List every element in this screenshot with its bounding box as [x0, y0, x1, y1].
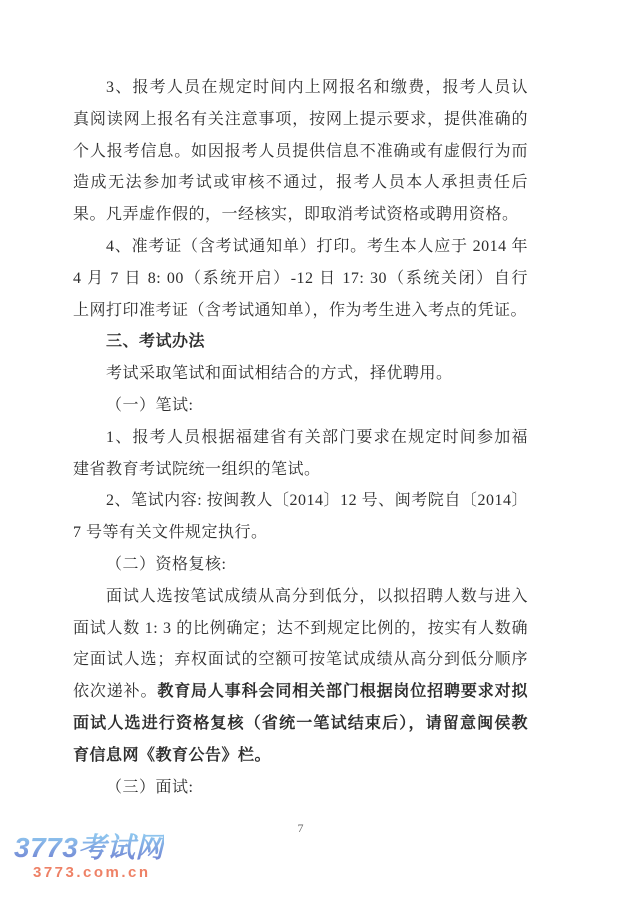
text-run: （三）面试:: [106, 779, 193, 796]
text-run: 面试人数 1: 3 的比例确定；达不到规定比例的，按实有人数确: [73, 620, 528, 637]
text-line: （三）面试:: [73, 772, 528, 804]
text-run: 上网打印准考证（含考试通知单），作为考生进入考点的凭证。: [73, 302, 527, 319]
text-line: 4 月 7 日 8: 00（系统开启）-12 日 17: 30（系统关闭）自行: [73, 263, 528, 295]
text-line: （一）笔试:: [73, 390, 528, 422]
text-run: 7 号等有关文件规定执行。: [73, 524, 268, 541]
watermark-url: 3773.com.cn: [33, 864, 164, 881]
text-run-bold: 育信息网《教育公告》栏。: [73, 747, 271, 764]
text-line: 面试人数 1: 3 的比例确定；达不到规定比例的，按实有人数确: [73, 613, 528, 645]
text-run: 造成无法参加考试或审核不通过，报考人员本人承担责任后: [73, 174, 528, 191]
document-body: 3、报考人员在规定时间内上网报名和缴费，报考人员认真阅读网上报名有关注意事项，按…: [73, 72, 528, 803]
text-run: 定面试人选；弃权面试的空额可按笔试成绩从高分到低分顺序: [73, 651, 528, 668]
text-run: （二）资格复核:: [106, 556, 226, 573]
text-run-bold: 三、考试办法: [106, 333, 205, 350]
text-line: 4、准考证（含考试通知单）打印。考生本人应于 2014 年: [73, 231, 528, 263]
text-run: 依次递补。: [73, 683, 157, 700]
text-line: 3、报考人员在规定时间内上网报名和缴费，报考人员认: [73, 72, 528, 104]
text-run-bold: 教育局人事科会同相关部门根据岗位招聘要求对拟: [157, 683, 528, 700]
text-line: 定面试人选；弃权面试的空额可按笔试成绩从高分到低分顺序: [73, 644, 528, 676]
text-run: 4 月 7 日 8: 00（系统开启）-12 日 17: 30（系统关闭）自行: [73, 270, 528, 287]
text-run: 4、准考证（含考试通知单）打印。考生本人应于 2014 年: [106, 238, 528, 255]
document-page: 3、报考人员在规定时间内上网报名和缴费，报考人员认真阅读网上报名有关注意事项，按…: [0, 0, 636, 900]
text-line: 依次递补。教育局人事科会同相关部门根据岗位招聘要求对拟: [73, 676, 528, 708]
text-run: 个人报考信息。如因报考人员提供信息不准确或有虚假行为而: [73, 143, 528, 160]
text-run: 果。凡弄虚作假的，一经核实，即取消考试资格或聘用资格。: [73, 206, 519, 223]
watermark-brand-logo: 3773考试网: [14, 833, 164, 863]
text-run: 面试人选按笔试成绩从高分到低分，以拟招聘人数与进入: [106, 588, 528, 605]
text-run: 3、报考人员在规定时间内上网报名和缴费，报考人员认: [106, 79, 528, 96]
text-run: 考试采取笔试和面试相结合的方式，择优聘用。: [106, 365, 453, 382]
text-run: 真阅读网上报名有关注意事项，按网上提示要求，提供准确的: [73, 111, 528, 128]
text-run-bold: 面试人选进行资格复核（省统一笔试结束后），请留意闽侯教: [73, 715, 528, 732]
text-line: 建省教育考试院统一组织的笔试。: [73, 454, 528, 486]
text-line: 上网打印准考证（含考试通知单），作为考生进入考点的凭证。: [73, 295, 528, 327]
text-line: 育信息网《教育公告》栏。: [73, 740, 528, 772]
text-line: 面试人选进行资格复核（省统一笔试结束后），请留意闽侯教: [73, 708, 528, 740]
text-line: 7 号等有关文件规定执行。: [73, 517, 528, 549]
text-run: （一）笔试:: [106, 397, 193, 414]
text-line: （二）资格复核:: [73, 549, 528, 581]
text-line: 1、报考人员根据福建省有关部门要求在规定时间参加福: [73, 422, 528, 454]
text-line: 真阅读网上报名有关注意事项，按网上提示要求，提供准确的: [73, 104, 528, 136]
text-line: 个人报考信息。如因报考人员提供信息不准确或有虚假行为而: [73, 136, 528, 168]
watermark: 3773考试网 3773.com.cn: [14, 833, 164, 881]
text-line: 2、笔试内容: 按闽教人〔2014〕12 号、闽考院自〔2014〕: [73, 485, 528, 517]
text-run: 建省教育考试院统一组织的笔试。: [73, 461, 321, 478]
text-run: 2、笔试内容: 按闽教人〔2014〕12 号、闽考院自〔2014〕: [106, 492, 528, 509]
text-run: 1、报考人员根据福建省有关部门要求在规定时间参加福: [106, 429, 528, 446]
text-line: 果。凡弄虚作假的，一经核实，即取消考试资格或聘用资格。: [73, 199, 528, 231]
text-line: 面试人选按笔试成绩从高分到低分，以拟招聘人数与进入: [73, 581, 528, 613]
text-line: 考试采取笔试和面试相结合的方式，择优聘用。: [73, 358, 528, 390]
text-line: 三、考试办法: [73, 326, 528, 358]
text-line: 造成无法参加考试或审核不通过，报考人员本人承担责任后: [73, 167, 528, 199]
